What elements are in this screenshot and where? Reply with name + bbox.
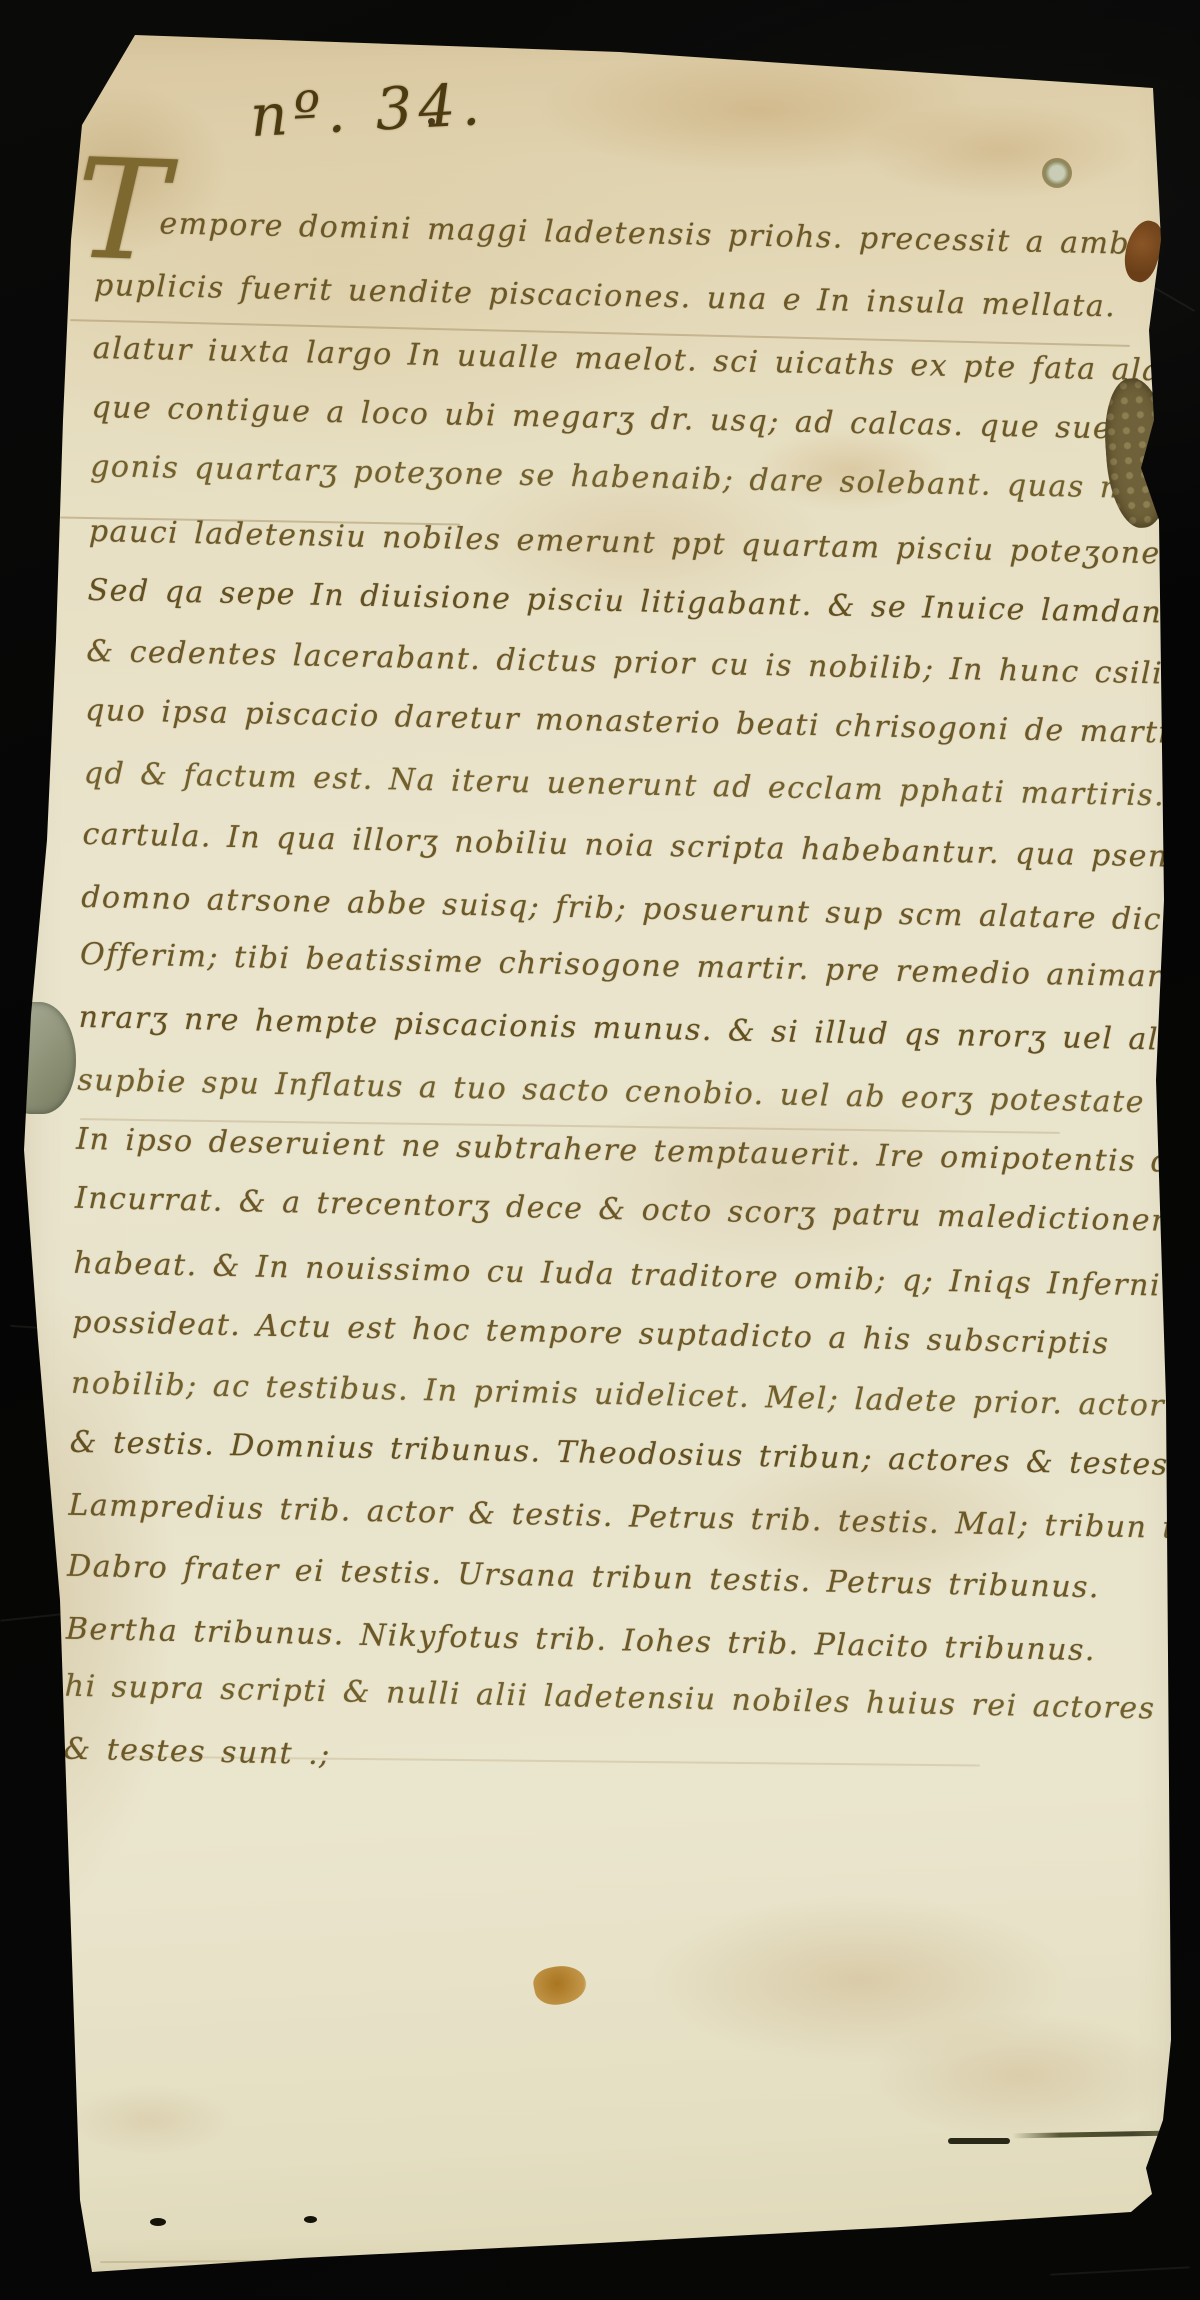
speck	[304, 2216, 317, 2223]
photo-background: nº. 34. T empore domini maggi ladetensis…	[0, 0, 1200, 2300]
parchment: nº. 34. T empore domini maggi ladetensis…	[0, 0, 1200, 2300]
archival-number: nº. 34.	[248, 70, 487, 150]
text-block: empore domini maggi ladetensis priohs. p…	[63, 194, 1176, 1802]
backdrop-scratch	[1050, 2266, 1190, 2275]
crease-line	[100, 2255, 1000, 2263]
speck	[948, 2138, 1010, 2144]
ink-stain	[531, 1961, 590, 2009]
speck	[428, 118, 435, 125]
speck	[150, 2218, 166, 2226]
edge-damage-patch	[6, 1002, 76, 1114]
worm-hole	[1042, 158, 1072, 188]
edge-crack	[1012, 2131, 1172, 2139]
